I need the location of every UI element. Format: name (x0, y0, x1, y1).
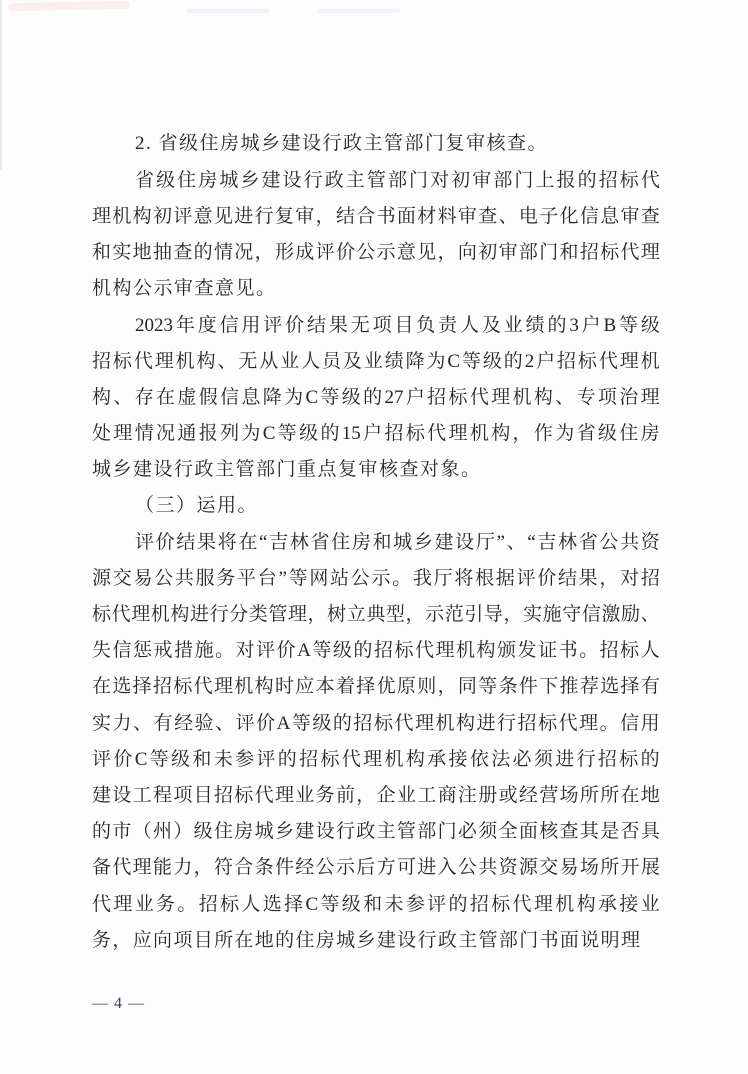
scan-artifact (186, 9, 270, 13)
text-line-1: 2. 省级住房城乡建设行政主管部门复审核查。 (92, 126, 660, 162)
text-line-9: 处理情况通报列为C等级的15户招标代理机构，作为省级住房 (92, 416, 660, 452)
text-line-23: 务，应向项目所在地的住房城乡建设行政主管部门书面说明理 (92, 922, 660, 958)
text-line-20: 的市（州）级住房城乡建设行政主管部门必须全面核查其是否具 (92, 814, 660, 850)
text-line-4: 和实地抽查的情况，形成评价公示意见，向初审部门和招标代理 (92, 235, 660, 271)
text-line-3: 理机构初评意见进行复审，结合书面材料审查、电子化信息审查 (92, 198, 660, 234)
scan-artifact (318, 9, 400, 13)
document-page: 2. 省级住房城乡建设行政主管部门复审核查。省级住房城乡建设行政主管部门对初审部… (0, 0, 748, 1074)
page-number: — 4 — (92, 995, 145, 1013)
text-line-17: 实力、有经验、评价A等级的招标代理机构进行招标代理。信用 (92, 705, 660, 741)
text-line-18: 评价C等级和未参评的招标代理机构承接依法必须进行招标的 (92, 741, 660, 777)
text-line-5: 机构公示审查意见。 (92, 271, 660, 307)
text-line-8: 构、存在虚假信息降为C等级的27户招标代理机构、专项治理 (92, 379, 660, 415)
document-body: 2. 省级住房城乡建设行政主管部门复审核查。省级住房城乡建设行政主管部门对初审部… (92, 126, 660, 958)
text-line-15: 失信惩戒措施。对评价A等级的招标代理机构颁发证书。招标人 (92, 633, 660, 669)
text-line-22: 代理业务。招标人选择C等级和未参评的招标代理机构承接业 (92, 886, 660, 922)
text-line-11: （三）运用。 (92, 488, 660, 524)
scan-artifact (0, 0, 2, 170)
text-line-13: 源交易公共服务平台”等网站公示。我厅将根据评价结果，对招 (92, 560, 660, 596)
text-line-2: 省级住房城乡建设行政主管部门对初审部门上报的招标代 (92, 162, 660, 198)
text-line-12: 评价结果将在“吉林省住房和城乡建设厅”、“吉林省公共资 (92, 524, 660, 560)
text-line-14: 标代理机构进行分类管理，树立典型，示范引导，实施守信激励、 (92, 596, 660, 632)
scan-artifact (8, 1, 130, 12)
text-line-16: 在选择招标代理机构时应本着择优原则，同等条件下推荐选择有 (92, 669, 660, 705)
text-line-21: 备代理能力，符合条件经公示后方可进入公共资源交易场所开展 (92, 850, 660, 886)
text-line-10: 城乡建设行政主管部门重点复审核查对象。 (92, 452, 660, 488)
text-line-19: 建设工程项目招标代理业务前，企业工商注册或经营场所所在地 (92, 777, 660, 813)
text-line-7: 招标代理机构、无从业人员及业绩降为C等级的2户招标代理机 (92, 343, 660, 379)
text-line-6: 2023年度信用评价结果无项目负责人及业绩的3户B等级 (92, 307, 660, 343)
